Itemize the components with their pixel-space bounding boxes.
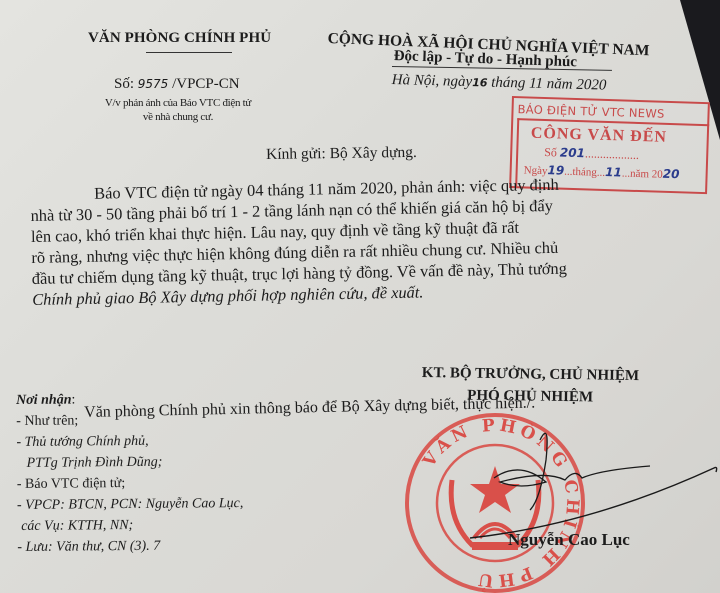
recipient-item: PTTg Trịnh Đình Dũng; [17,451,244,474]
doc-number-suffix: /VPCP-CN [172,76,240,92]
recipient-item: các Vụ: KTTH, NN; [17,514,244,537]
signature-title-line: KT. BỘ TRƯỞNG, CHỦ NHIỆM [422,362,640,387]
dots: .................. [585,146,639,162]
body-text: Báo VTC điện tử ngày 04 tháng 11 năm 202… [30,171,712,310]
place-date: Hà Nội, ngày16 tháng 11 năm 2020 [392,72,607,95]
recipient-item: - Thủ tướng Chính phủ, [16,430,243,453]
recipients-title: Nơi nhận [16,393,72,408]
stamp-number-value: 201 [560,146,585,161]
handwritten-count: 7 [153,539,160,554]
doc-number-value: 9575 [138,77,169,91]
place-date-suffix: tháng 11 năm 2020 [491,75,607,94]
subject-line: về nhà chung cư. [88,110,268,124]
doc-number-label: Số: [114,76,134,92]
recipient-item: - VPCP: BTCN, PCN: Nguyễn Cao Lục, [17,493,244,516]
issuing-organization: VĂN PHÒNG CHÍNH PHỦ [88,30,271,47]
document-number: Số: 9575 /VPCP-CN [114,76,240,93]
signature-title: KT. BỘ TRƯỞNG, CHỦ NHIỆM PHÓ CHỦ NHIỆM [421,362,639,409]
subject-line: V/v phản ánh của Báo VTC điện tử [88,96,268,110]
stamp-title: CÔNG VĂN ĐẾN [531,125,668,147]
stamp-number: Số 201.................. [544,145,639,163]
subject: V/v phản ánh của Báo VTC điện tử về nhà … [88,96,268,124]
divider [146,52,232,53]
recipients: Nơi nhận: - Như trên; - Thủ tướng Chính … [16,388,244,558]
place-date-prefix: Hà Nội, ngày [392,72,473,90]
recipient-item: - Báo VTC điện tử; [17,472,244,495]
stamp-number-label: Số [544,145,557,159]
handwritten-day: 16 [472,76,488,89]
signature-title-line: PHÓ CHỦ NHIỆM [421,384,639,409]
greeting: Kính gửi: Bộ Xây dựng. [266,144,417,164]
recipient-item: - Lưu: Văn thư, CN (3). [17,539,149,555]
recipient-item: - Như trên; [16,409,243,432]
signer-name: Nguyễn Cao Lục [508,530,630,550]
